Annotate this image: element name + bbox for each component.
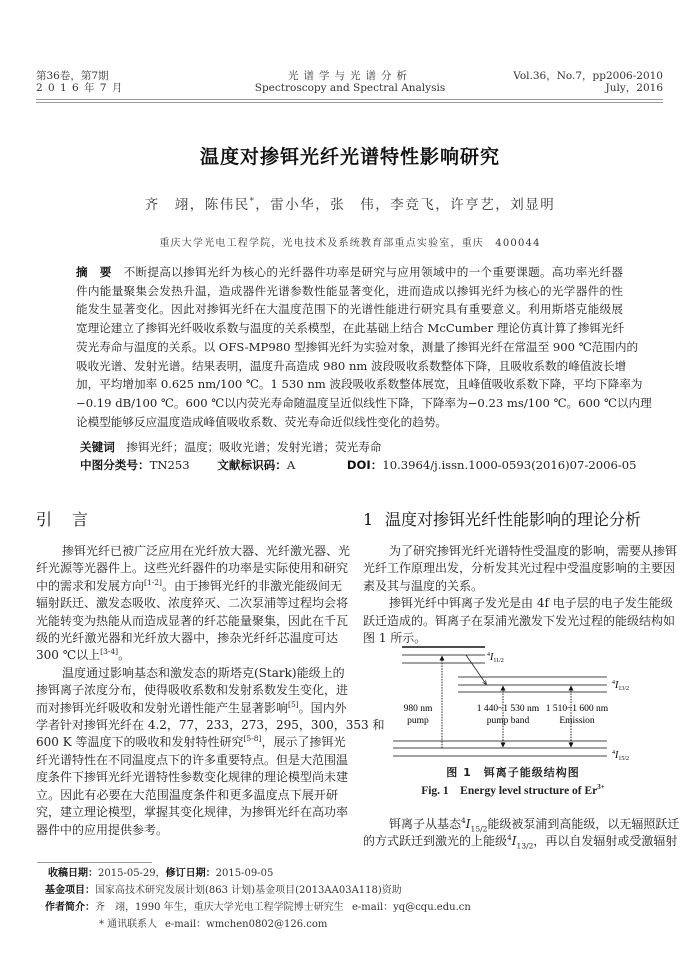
text-line: 而对掺铒光纤吸收和发射光谱性能产生显著影响[5]。国内外 xyxy=(36,700,338,717)
text-line: 件内能量聚集会发热升温，造成器件光谱参数性能显著变化，进而造成以掺铒光纤为核心的… xyxy=(76,282,623,301)
text-line: 跃迁造成的。铒离子在泵浦光激发下发光过程的能级结构如 xyxy=(363,613,663,630)
journal-name-cn: 光谱学与光谱分析 xyxy=(200,70,500,82)
text-line: 吸收光谱、发射光谱。结果表明，温度升高造成 980 nm 波段吸收系数整体下降，… xyxy=(76,357,623,376)
label-4I15-2: 4I15/2 xyxy=(612,750,629,762)
text-line: 辐射跃迁、激发态吸收、浓度猝灭、二次泵浦等过程均会将 xyxy=(36,595,338,612)
paragraph: 摘 要 不断提高以掺铒光纤为核心的光纤器件功率是研究与应用领域中的一个重要课题。… xyxy=(76,263,623,431)
classification-line: 中图分类号：TN253 文献标识码：A DOI：10.3964/j.issn.1… xyxy=(80,457,640,473)
bold-label: 作者简介： xyxy=(45,902,95,913)
level-4I13-2 xyxy=(458,677,607,692)
paragraph: 掺铒光纤已被广泛应用在光纤放大器、光纤激光器、光纤光源等光器件上。这些光纤器件的… xyxy=(36,543,338,665)
intro-body: 掺铒光纤已被广泛应用在光纤放大器、光纤激光器、光纤光源等光器件上。这些光纤器件的… xyxy=(36,543,338,839)
text-line: 究，建立理论模型，掌握其变化规律，为掺铒光纤在高功率 xyxy=(36,804,338,821)
affiliation: 重庆大学光电工程学院，光电技术及系统教育部重点实验室，重庆 400044 xyxy=(0,234,700,249)
text-line: 能发生显著变化。因此对掺铒光纤在大温度范围下的光谱性能进行研究具有重要意义。利用… xyxy=(76,300,623,319)
label-4I13-2: 4I13/2 xyxy=(612,680,629,692)
authors-part-2: ，雷小华，张 伟，李竞飞，许亨艺，刘显明 xyxy=(255,197,555,213)
text-line: 摘 要 不断提高以掺铒光纤为核心的光纤器件功率是研究与应用领域中的一个重要课题。… xyxy=(76,263,623,282)
doi-value[interactable]: 10.3964/j.issn.1000-0593(2016)07-2006-05 xyxy=(382,458,636,472)
level-4I11-2 xyxy=(402,647,485,663)
text-line: 纤光谱特性在不同温度点下的许多重要特点。但是大范围温 xyxy=(36,752,338,769)
bold-label: 收稿日期： xyxy=(48,868,98,879)
text-line: 600 K 等温度下的吸收和发射特性研究[5-8]，展示了掺铒光 xyxy=(36,734,338,751)
clc-label: 中图分类号： xyxy=(80,458,150,472)
label-pump: pump xyxy=(407,716,429,726)
section-1-body-bottom: 铒离子从基态4I15/2能级被泵浦到高能级，以无辐照跃迁的方式跃迁到激光的上能级… xyxy=(363,816,663,851)
label-1440-1530nm: 1 440~1 530 nm xyxy=(477,704,540,714)
text-line: 温度通过影响基态和激发态的斯塔克(Stark)能级上的 xyxy=(36,665,338,682)
bold-label: 关键词 xyxy=(80,440,115,454)
bold-label: 摘 要 xyxy=(76,265,112,279)
paragraph: 温度通过影响基态和激发态的斯塔克(Stark)能级上的掺铒离子浓度分布，使得吸收… xyxy=(36,665,338,839)
doc-code-label: 文献标识码： xyxy=(217,458,287,472)
section-title: 温度对掺铒光纤性能影响的理论分析 xyxy=(385,510,641,529)
text-line: 级的光纤激光器和光纤放大器中，掺杂光纤纤芯温度可达 xyxy=(36,630,338,647)
text-line: 300 ℃以上[3-4]。 xyxy=(36,647,338,664)
issue-date: 2 0 1 6 年 7 月 xyxy=(36,82,123,94)
caption-en-superscript: 3+ xyxy=(597,783,605,791)
issue-date-en: July，2016 xyxy=(513,82,663,94)
paper-title: 温度对掺铒光纤光谱特性影响研究 xyxy=(0,142,700,169)
text-line: 度条件下掺铒光纤光谱特性参数变化规律的理论模型尚未建 xyxy=(36,769,338,786)
superscript: [5-8] xyxy=(244,734,262,743)
footnote-author-bio: 作者简介：齐 翊，1990 年生，重庆大学光电工程学院博士研究生 xyxy=(45,901,344,915)
section-1-body-top: 为了研究掺铒光纤光谱特性受温度的影响，需要从掺铒光纤工作原理出发，分析发其光过程… xyxy=(363,543,663,647)
text-line: 器件中的应用提供参考。 xyxy=(36,822,338,839)
text-line: 宽理论建立了掺铒光纤吸收系数与温度的关系模型，在此基础上结合 McCumber … xyxy=(76,319,623,338)
intro-heading: 引 言 xyxy=(36,510,90,530)
text-line: 素及其与温度的关系。 xyxy=(363,578,663,595)
section-1-heading: 1温度对掺铒光纤性能影响的理论分析 xyxy=(363,510,641,530)
footnote-dates: 收稿日期：2015-05-29，修订日期：2015-09-05 xyxy=(48,867,273,881)
text-line: 加，平均增加率 0.625 nm/100 ℃。1 530 nm 波段吸收系数整体… xyxy=(76,375,623,394)
doc-code-value: A xyxy=(287,458,295,472)
text-line: −0.19 dB/100 ℃。600 ℃以内荧光寿命随温度呈近似线性下降，下降率… xyxy=(76,394,623,413)
superscript: [3-4] xyxy=(100,647,118,656)
superscript: [1-2] xyxy=(144,578,162,587)
text-line: 为了研究掺铒光纤光谱特性受温度的影响，需要从掺铒 xyxy=(363,543,663,560)
label-emission: Emission xyxy=(559,716,595,726)
header-rule-bottom xyxy=(36,102,663,103)
text-line: 光纤工作原理出发，分析发其光过程中受温度影响的主要因 xyxy=(363,560,663,577)
subscript: 15/2 xyxy=(471,824,488,833)
volume-pages: Vol.36，No.7，pp2006-2010 xyxy=(513,70,663,82)
label-pump-band: pump band xyxy=(487,716,530,726)
paragraph: 铒离子从基态4I15/2能级被泵浦到高能级，以无辐照跃迁的方式跃迁到激光的上能级… xyxy=(363,816,663,851)
corresponding-author-note: * 通讯联系人 xyxy=(99,918,157,932)
label-4I11-2: 4I11/2 xyxy=(487,652,504,664)
authors-part-1: 齐 翊，陈伟民 xyxy=(145,197,250,213)
text-line: 中的需求和发展方向[1-2]。由于掺铒光纤的非激光能级间无 xyxy=(36,578,338,595)
text-line: 学者针对掺铒光纤在 4.2，77，233，273，295，300，353 和 xyxy=(36,717,338,734)
text-line: 掺铒离子浓度分布，使得吸收系数和发射系数发生变化，进 xyxy=(36,682,338,699)
caption-en-text: Fig. 1 Energy level structure of Er xyxy=(421,785,597,797)
level-4I15-2 xyxy=(393,741,607,756)
text-line: 纤光源等光器件上。这些光纤器件的功率是实际使用和研究 xyxy=(36,560,338,577)
corresponding-author-email[interactable]: e-mail：wmchen0802@126.com xyxy=(165,918,327,932)
text-line: 的方式跃迁到激光的上能级4I13/2，再以自发辐射或受激辐射 xyxy=(363,833,663,850)
journal-pages-info: Vol.36，No.7，pp2006-2010 July，2016 xyxy=(513,70,663,94)
figure-1-caption-en: Fig. 1 Energy level structure of Er3+ xyxy=(363,782,663,798)
subscript: 13/2 xyxy=(517,842,534,851)
clc-value: TN253 xyxy=(150,458,190,472)
journal-name-en: Spectroscopy and Spectral Analysis xyxy=(200,82,500,94)
section-number: 1 xyxy=(363,510,385,530)
paragraph: 为了研究掺铒光纤光谱特性受温度的影响，需要从掺铒光纤工作原理出发，分析发其光过程… xyxy=(363,543,663,595)
author-list: 齐 翊，陈伟民*，雷小华，张 伟，李竞飞，许亨艺，刘显明 xyxy=(0,193,700,213)
abstract: 摘 要 不断提高以掺铒光纤为核心的光纤器件功率是研究与应用领域中的一个重要课题。… xyxy=(76,263,623,431)
journal-name: 光谱学与光谱分析 Spectroscopy and Spectral Analy… xyxy=(200,70,500,94)
keywords: 关键词 掺铒光纤；温度；吸收光谱；发射光谱；荧光寿命 xyxy=(80,439,381,455)
header-rule-top xyxy=(36,99,663,100)
text-line: 铒离子从基态4I15/2能级被泵浦到高能级，以无辐照跃迁 xyxy=(363,816,663,833)
bold-label: 修订日期： xyxy=(166,868,216,879)
volume-issue: 第36卷，第7期 xyxy=(36,70,123,82)
text-line: 掺铒光纤中铒离子发光是由 4f 电子层的电子发生能级 xyxy=(363,595,663,612)
footnote-funding: 基金项目：国家高技术研究发展计划(863 计划)基金项目(2013AA03A11… xyxy=(45,884,402,898)
text-line: 荧光寿命与温度的关系。以 OFS-MP980 型掺铒光纤为实验对象，测量了掺铒光… xyxy=(76,338,623,357)
text-line: 光能转变为热能从而造成显著的纤芯能量聚集，因此在千瓦 xyxy=(36,613,338,630)
superscript: [5] xyxy=(288,700,299,709)
journal-issue-info: 第36卷，第7期 2 0 1 6 年 7 月 xyxy=(36,70,123,94)
author-email[interactable]: e-mail：yq@cqu.edu.cn xyxy=(352,901,471,915)
doi-label: DOI： xyxy=(347,458,382,472)
figure-1-caption-cn: 图 1 铒离子能级结构图 xyxy=(363,764,663,780)
label-980nm: 980 nm xyxy=(404,704,433,714)
text-line: 立。因此有必要在大范围温度条件和更多温度点下展开研 xyxy=(36,787,338,804)
label-1510-1600nm: 1 510~1 600 nm xyxy=(546,704,609,714)
text-line: 论模型能够反应温度造成峰值吸收系数、荧光寿命近似线性变化的趋势。 xyxy=(76,413,623,432)
footnote-rule xyxy=(37,862,152,863)
text-line: 掺铒光纤已被广泛应用在光纤放大器、光纤激光器、光 xyxy=(36,543,338,560)
bold-label: 基金项目： xyxy=(45,885,95,896)
arrow-nonradiative-decay xyxy=(466,655,486,684)
energy-level-diagram: 4I11/2 4I13/2 4I15/2 980 nm pump 1 440~1… xyxy=(390,640,640,762)
